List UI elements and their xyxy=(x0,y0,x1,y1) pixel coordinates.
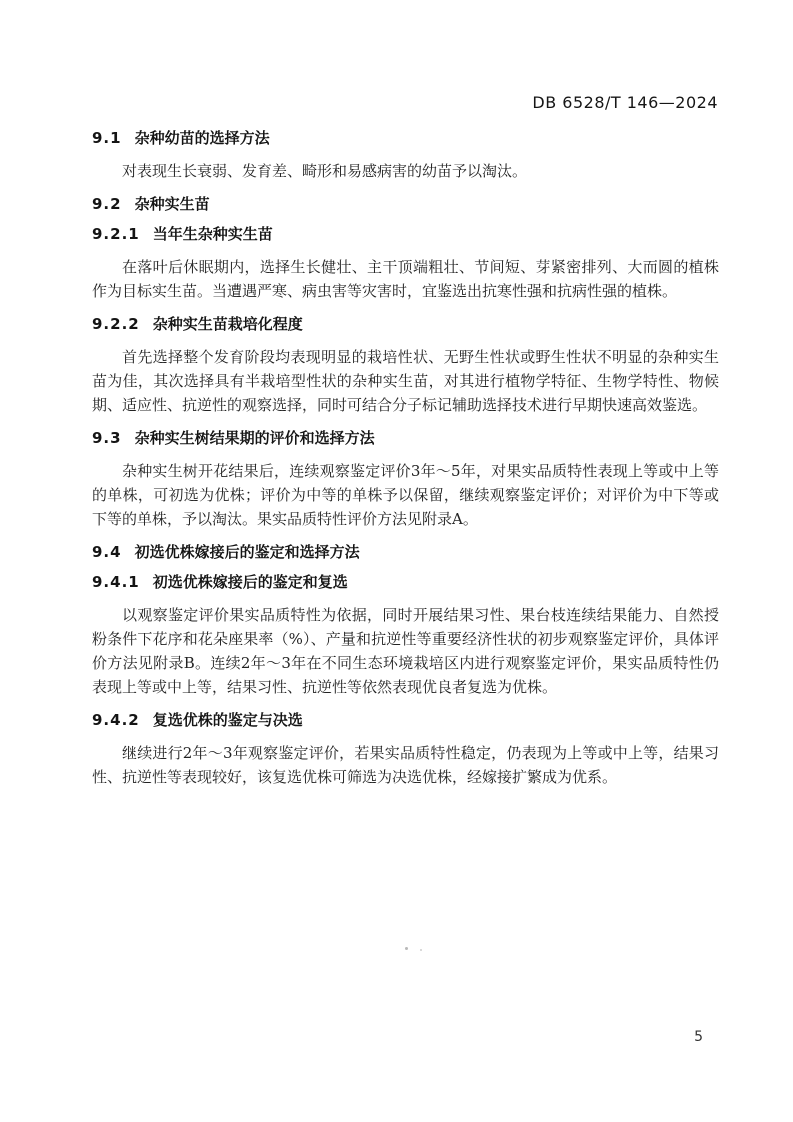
section-number: 9.4.2 xyxy=(92,711,140,729)
section-title: 杂种实生苗栽培化程度 xyxy=(153,315,303,333)
section-number: 9.4.1 xyxy=(92,573,140,591)
document-page: DB 6528/T 146—2024 9.1杂种幼苗的选择方法 对表现生长衰弱、… xyxy=(0,0,793,1122)
section-title: 初选优株嫁接后的鉴定和选择方法 xyxy=(135,543,360,561)
section-heading-9-4: 9.4初选优株嫁接后的鉴定和选择方法 xyxy=(92,543,719,561)
section-number: 9.4 xyxy=(92,543,122,561)
section-title: 复选优株的鉴定与决选 xyxy=(153,711,303,729)
section-heading-9-2-2: 9.2.2杂种实生苗栽培化程度 xyxy=(92,315,719,333)
scan-artifact-dot xyxy=(405,947,408,950)
section-number: 9.2 xyxy=(92,195,122,213)
section-paragraph: 以观察鉴定评价果实品质特性为依据，同时开展结果习性、果台枝连续结果能力、自然授粉… xyxy=(92,603,719,699)
section-paragraph: 杂种实生树开花结果后，连续观察鉴定评价3年～5年，对果实品质特性表现上等或中上等… xyxy=(92,459,719,531)
section-title: 杂种实生树结果期的评价和选择方法 xyxy=(135,429,375,447)
section-heading-9-1: 9.1杂种幼苗的选择方法 xyxy=(92,129,719,147)
section-heading-9-3: 9.3杂种实生树结果期的评价和选择方法 xyxy=(92,429,719,447)
section-paragraph: 在落叶后休眠期内，选择生长健壮、主干顶端粗壮、节间短、芽紧密排列、大而圆的植株作… xyxy=(92,255,719,303)
section-heading-9-4-1: 9.4.1初选优株嫁接后的鉴定和复选 xyxy=(92,573,719,591)
section-title: 初选优株嫁接后的鉴定和复选 xyxy=(153,573,348,591)
section-paragraph: 首先选择整个发育阶段均表现明显的栽培性状、无野生性状或野生性状不明显的杂种实生苗… xyxy=(92,345,719,417)
section-number: 9.2.1 xyxy=(92,225,140,243)
section-paragraph: 对表现生长衰弱、发育差、畸形和易感病害的幼苗予以淘汰。 xyxy=(92,159,719,183)
section-title: 杂种实生苗 xyxy=(135,195,210,213)
standard-code-header: DB 6528/T 146—2024 xyxy=(532,93,718,112)
section-title: 杂种幼苗的选择方法 xyxy=(135,129,270,147)
section-number: 9.1 xyxy=(92,129,122,147)
section-number: 9.2.2 xyxy=(92,315,140,333)
section-title: 当年生杂种实生苗 xyxy=(153,225,273,243)
document-body: 9.1杂种幼苗的选择方法 对表现生长衰弱、发育差、畸形和易感病害的幼苗予以淘汰。… xyxy=(92,129,719,800)
section-heading-9-2: 9.2杂种实生苗 xyxy=(92,195,719,213)
section-number: 9.3 xyxy=(92,429,122,447)
section-heading-9-4-2: 9.4.2复选优株的鉴定与决选 xyxy=(92,711,719,729)
page-number: 5 xyxy=(694,1029,703,1045)
section-heading-9-2-1: 9.2.1当年生杂种实生苗 xyxy=(92,225,719,243)
section-paragraph: 继续进行2年～3年观察鉴定评价，若果实品质特性稳定，仍表现为上等或中上等，结果习… xyxy=(92,741,719,789)
scan-artifact-dot xyxy=(420,949,422,951)
